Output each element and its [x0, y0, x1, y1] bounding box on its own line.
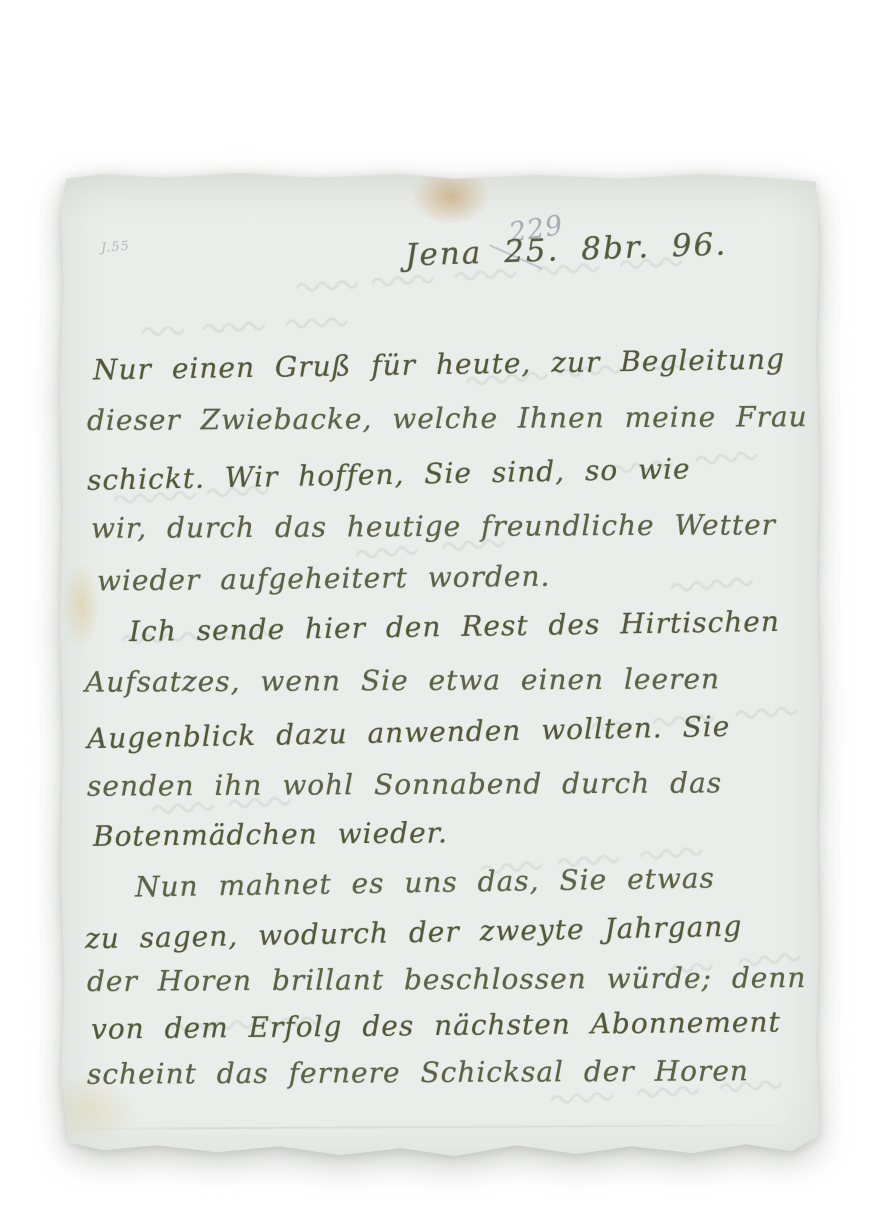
letter-sheet: 229 J.55 Jena 25. 8br. 96. Nur einen Gru… [57, 170, 822, 1160]
letter-line: Aufsatzes, wenn Sie etwa einen leeren [85, 662, 720, 698]
letter-line: wir, durch das heutige freundliche Wette… [91, 508, 776, 545]
letter-paper: 229 J.55 Jena 25. 8br. 96. Nur einen Gru… [57, 170, 822, 1160]
letter-line: senden ihn wohl Sonnabend durch das [87, 766, 722, 802]
letter-line: Botenmädchen wieder. [93, 816, 448, 853]
letter-line: wieder aufgeheitert worden. [97, 560, 551, 598]
scan-background: 229 J.55 Jena 25. 8br. 96. Nur einen Gru… [0, 0, 874, 1231]
letter-line: der Horen brillant beschlossen würde; de… [87, 961, 807, 998]
pencil-catalog-mark: J.55 [101, 239, 131, 256]
letter-line: dieser Zwiebacke, welche Ihnen meine Fra… [87, 400, 808, 437]
letter-line: scheint das fernere Schicksal der Horen [87, 1054, 749, 1090]
